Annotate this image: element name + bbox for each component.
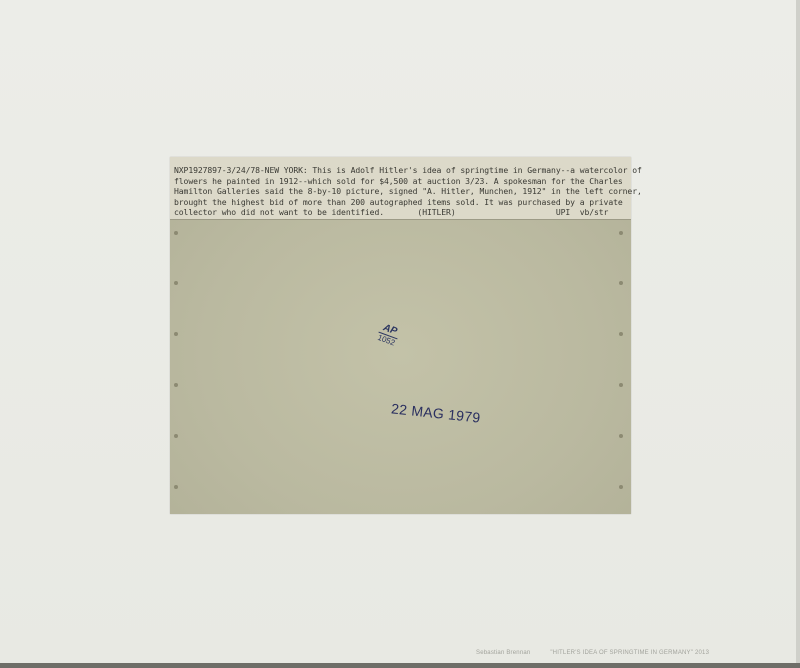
caption-line: flowers he painted in 1912--which sold f…: [174, 176, 625, 187]
punch-hole: [619, 434, 623, 438]
pencil-signature: Sebastian Brennan "HITLER'S IDEA OF SPRI…: [476, 650, 709, 656]
punch-hole: [619, 485, 623, 489]
punch-hole: [619, 281, 623, 285]
artwork-title: "HITLER'S IDEA OF SPRINGTIME IN GERMANY"…: [550, 650, 709, 656]
caption-line: Hamilton Galleries said the 8-by-10 pict…: [174, 186, 625, 197]
punch-hole: [174, 281, 178, 285]
caption-strip: NXP1927897-3/24/78-NEW YORK: This is Ado…: [170, 157, 631, 220]
punch-hole: [174, 434, 178, 438]
caption-line: collector who did not want to be identif…: [174, 207, 625, 218]
punch-hole: [619, 383, 623, 387]
caption-line: brought the highest bid of more than 200…: [174, 197, 625, 208]
punch-hole: [174, 231, 178, 235]
caption-line: NXP1927897-3/24/78-NEW YORK: This is Ado…: [174, 165, 625, 176]
mat-right-edge: [796, 0, 800, 668]
press-photo: NXP1927897-3/24/78-NEW YORK: This is Ado…: [170, 157, 631, 514]
punch-hole: [174, 383, 178, 387]
punch-hole: [619, 231, 623, 235]
punch-hole: [174, 485, 178, 489]
punch-hole: [619, 332, 623, 336]
punch-hole: [174, 332, 178, 336]
mat-bottom-edge: [0, 663, 800, 668]
artist-signature: Sebastian Brennan: [476, 650, 530, 656]
